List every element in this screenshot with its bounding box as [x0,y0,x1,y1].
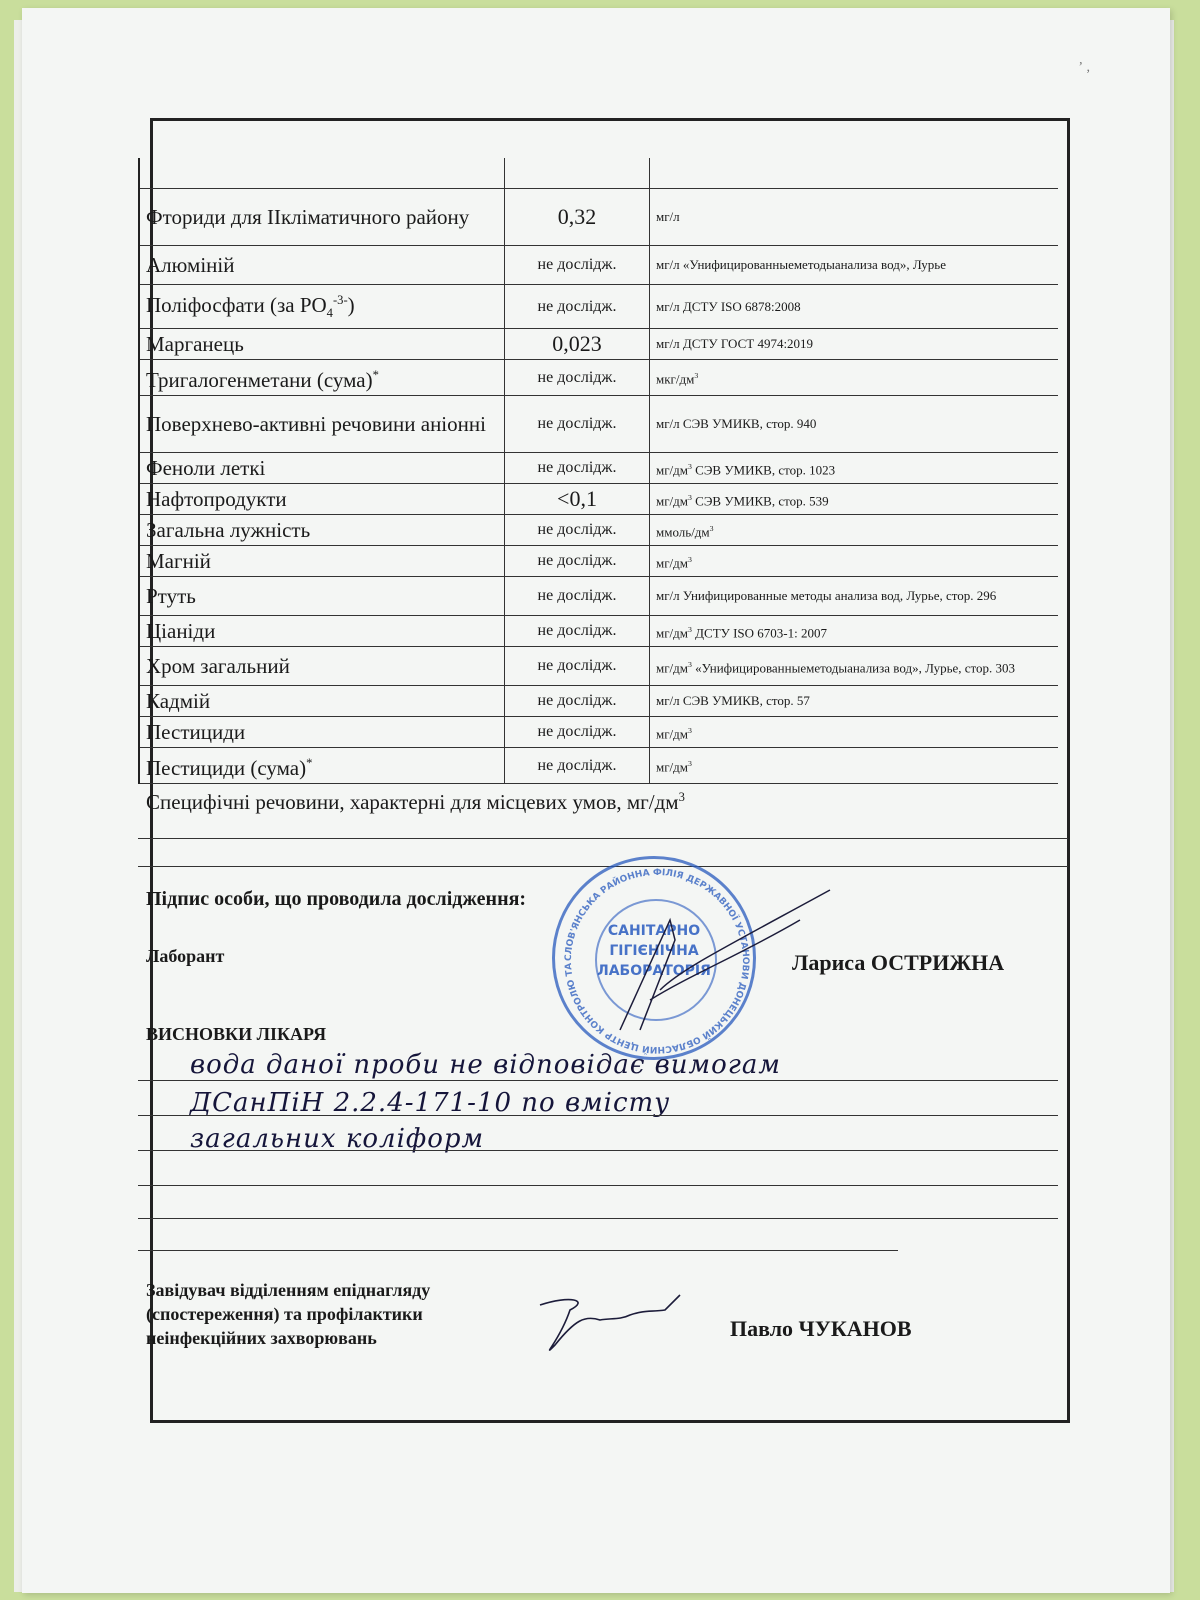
method-reference: мг/дм3 [650,546,1059,577]
method-reference: мг/л Унифицированные методы анализа вод,… [650,577,1059,616]
parameter-value: <0,1 [505,484,650,515]
parameter-name: Марганець [139,329,505,360]
method-reference: мг/дм3 [650,717,1059,748]
table-row: Ртутьне дослідж.мг/л Унифицированные мет… [139,577,1058,616]
parameter-value: не дослідж. [505,717,650,748]
table-row: Пестициди (сума)*не дослідж.мг/дм3 [139,748,1058,784]
parameter-name: Пестициди [139,717,505,748]
table-row: Поверхнево-активні речовини аніонніне до… [139,396,1058,453]
parameter-name: Феноли леткі [139,453,505,484]
table-row: Хром загальнийне дослідж.мг/дм3 «Унифици… [139,647,1058,686]
method-reference: мг/дм3 СЭВ УМИКВ, стор. 539 [650,484,1059,515]
method-reference: мкг/дм3 [650,360,1059,396]
method-reference: мг/дм3 ДСТУ ISO 6703-1: 2007 [650,616,1059,647]
parameter-name: Поверхнево-активні речовини аніонні [139,396,505,453]
lab-signature [600,880,840,1040]
table-row: Ціанідине дослідж.мг/дм3 ДСТУ ISO 6703-1… [139,616,1058,647]
parameter-name: Хром загальний [139,647,505,686]
method-reference: мг/дм3 [650,748,1059,784]
parameter-value: не дослідж. [505,285,650,329]
parameter-value: не дослідж. [505,616,650,647]
parameter-value: не дослідж. [505,360,650,396]
conclusion-rule [138,1150,1058,1151]
method-reference: мг/л СЭВ УМИКВ, стор. 57 [650,686,1059,717]
conclusion-rule [138,1115,1058,1116]
parameter-name: Ртуть [139,577,505,616]
signature-title: Підпис особи, що проводила дослідження: [146,888,526,911]
results-table: Фториди для ІІкліматичного району0,32мг/… [138,158,1058,784]
parameter-value: 0,32 [505,189,650,246]
parameter-value: не дослідж. [505,686,650,717]
conclusion-rule [138,1218,1058,1219]
parameter-value: не дослідж. [505,748,650,784]
table-row: Поліфосфати (за PO4-3-)не дослідж.мг/л Д… [139,285,1058,329]
parameter-value: 0,023 [505,329,650,360]
table-row: Загальна лужністьне дослідж.ммоль/дм3 [139,515,1058,546]
parameter-value: не дослідж. [505,577,650,616]
corner-mark: ʼ , [1078,60,1090,76]
divider [138,838,1068,839]
parameter-name: Алюміній [139,246,505,285]
conclusion-title: ВИСНОВКИ ЛІКАРЯ [146,1024,326,1045]
method-reference: мг/л «Унифицированныеметодыанализа вод»,… [650,246,1059,285]
method-reference: мг/дм3 «Унифицированныеметодыанализа вод… [650,647,1059,686]
method-reference: мг/л СЭВ УМИКВ, стор. 940 [650,396,1059,453]
conclusion-line-1: вода даної проби не відповідає вимогам [190,1050,781,1080]
parameter-name: Магній [139,546,505,577]
table-row: Пестицидине дослідж.мг/дм3 [139,717,1058,748]
head-name: Павло ЧУКАНОВ [730,1316,912,1342]
method-reference: ммоль/дм3 [650,515,1059,546]
table-row: Тригалогенметани (сума)*не дослідж.мкг/д… [139,360,1058,396]
table-row: Алюмінійне дослідж.мг/л «Унифицированные… [139,246,1058,285]
parameter-name: Фториди для ІІкліматичного району [139,189,505,246]
parameter-value: не дослідж. [505,396,650,453]
parameter-value: не дослідж. [505,647,650,686]
parameter-name: Ціаніди [139,616,505,647]
parameter-name: Пестициди (сума)* [139,748,505,784]
head-signature [530,1290,710,1370]
parameter-name: Поліфосфати (за PO4-3-) [139,285,505,329]
method-reference: мг/л ДСТУ ГОСТ 4974:2019 [650,329,1059,360]
method-reference: мг/л ДСТУ ISO 6878:2008 [650,285,1059,329]
head-role: Завідувач відділенням епіднагляду (спост… [146,1278,430,1350]
parameter-name: Кадмій [139,686,505,717]
parameter-value: не дослідж. [505,246,650,285]
parameter-value: не дослідж. [505,453,650,484]
parameter-name: Загальна лужність [139,515,505,546]
conclusion-rule [138,1185,1058,1186]
parameter-value: не дослідж. [505,546,650,577]
table-row: Фториди для ІІкліматичного району0,32мг/… [139,189,1058,246]
table-header-row [139,158,1058,189]
method-reference: мг/л [650,189,1059,246]
table-row: Кадмійне дослідж.мг/л СЭВ УМИКВ, стор. 5… [139,686,1058,717]
table-row: Феноли леткіне дослідж.мг/дм3 СЭВ УМИКВ,… [139,453,1058,484]
specific-substances-label: Специфічні речовини, характерні для місц… [146,790,685,815]
conclusion-rule [138,1080,1058,1081]
table-row: Марганець0,023мг/л ДСТУ ГОСТ 4974:2019 [139,329,1058,360]
parameter-name: Нафтопродукти [139,484,505,515]
parameter-value: не дослідж. [505,515,650,546]
parameter-name: Тригалогенметани (сума)* [139,360,505,396]
method-reference: мг/дм3 СЭВ УМИКВ, стор. 1023 [650,453,1059,484]
conclusion-line-2: ДСанПіН 2.2.4-171-10 по вмісту [190,1088,670,1118]
lab-role: Лаборант [146,946,224,967]
table-row: Нафтопродукти<0,1мг/дм3 СЭВ УМИКВ, стор.… [139,484,1058,515]
table-row: Магнійне дослідж.мг/дм3 [139,546,1058,577]
conclusion-rule [138,1250,898,1251]
